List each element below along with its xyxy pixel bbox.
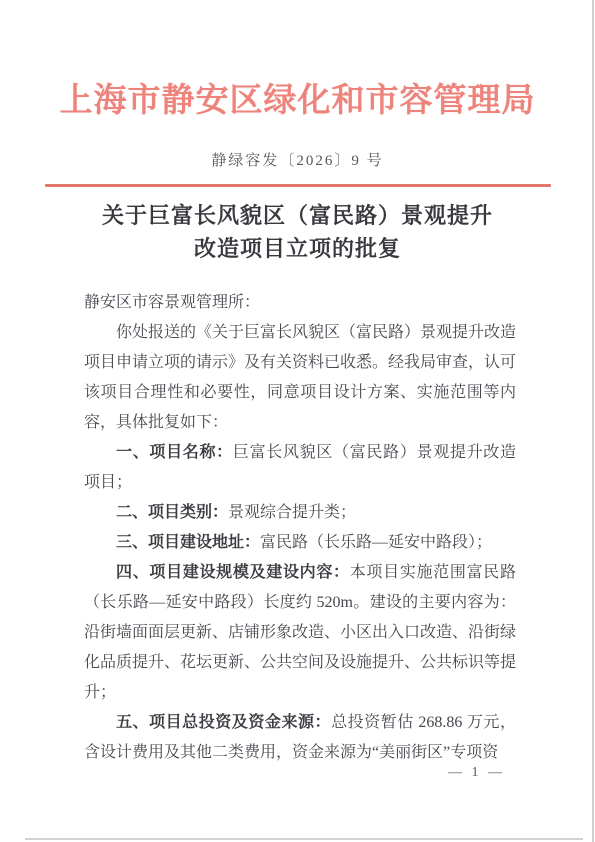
- scan-edge-artifact-bottom: [25, 838, 583, 840]
- item-project-address-label: 三、项目建设地址：: [116, 534, 260, 551]
- item-project-investment: 五、项目总投资及资金来源：总投资暂估 268.86 万元，含设计费用及其他二类费…: [84, 708, 516, 768]
- item-project-scale: 四、项目建设规模及建设内容：本项目实施范围富民路（长乐路—延安中路段）长度约 5…: [84, 558, 516, 708]
- salutation: 静安区市容景观管理所：: [84, 288, 516, 318]
- document-title-line2: 改造项目立项的批复: [194, 236, 401, 261]
- document-number: 静绿容发〔2026〕9 号: [0, 149, 595, 170]
- item-project-scale-label: 四、项目建设规模及建设内容：: [116, 564, 350, 581]
- intro-paragraph: 你处报送的《关于巨富长风貌区（富民路）景观提升改造项目申请立项的请示》及有关资料…: [84, 318, 516, 438]
- document-body: 静安区市容景观管理所： 你处报送的《关于巨富长风貌区（富民路）景观提升改造项目申…: [84, 288, 516, 768]
- item-project-address-text: 富民路（长乐路—延安中路段）；: [260, 534, 492, 551]
- document-title-line1: 关于巨富长风貌区（富民路）景观提升: [102, 203, 493, 228]
- item-project-category: 二、项目类别：景观综合提升类；: [84, 498, 516, 528]
- issuing-authority-header: 上海市静安区绿化和市容管理局: [0, 74, 595, 121]
- scan-edge-artifact-right: [592, 0, 594, 842]
- item-project-name: 一、项目名称：巨富长风貌区（富民路）景观提升改造项目；: [84, 438, 516, 498]
- item-project-scale-text: 本项目实施范围富民路（长乐路—延安中路段）长度约 520m。建设的主要内容为：沿…: [84, 564, 516, 701]
- item-project-category-text: 景观综合提升类；: [228, 504, 356, 521]
- page-number: — 1 —: [448, 765, 505, 781]
- red-divider-rule: [45, 184, 551, 187]
- item-project-category-label: 二、项目类别：: [116, 504, 228, 521]
- item-project-name-label: 一、项目名称：: [116, 444, 233, 461]
- document-title: 关于巨富长风貌区（富民路）景观提升改造项目立项的批复: [0, 199, 595, 265]
- document-page: 上海市静安区绿化和市容管理局 静绿容发〔2026〕9 号 关于巨富长风貌区（富民…: [0, 0, 595, 842]
- item-project-investment-label: 五、项目总投资及资金来源：: [116, 714, 331, 731]
- item-project-address: 三、项目建设地址：富民路（长乐路—延安中路段）；: [84, 528, 516, 558]
